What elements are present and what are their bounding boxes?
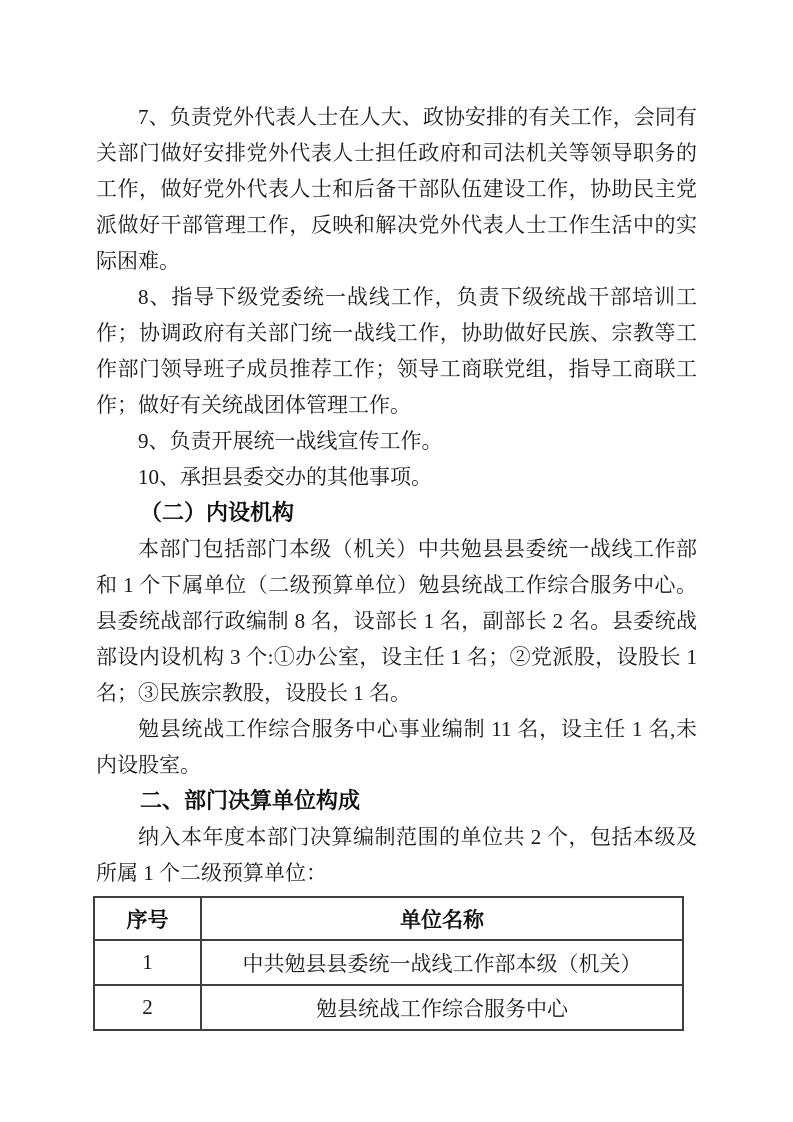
paragraph-internal-structure: 本部门包括部门本级（机关）中共勉县县委统一战线工作部和 1 个下属单位（二级预算… [96,531,697,711]
units-table: 序号 单位名称 1 中共勉县县委统一战线工作部本级（机关） 2 勉县统战工作综合… [93,896,684,1031]
paragraph-service-center-staffing: 勉县统战工作综合服务中心事业编制 11 名，设主任 1 名,未内设股室。 [96,711,697,783]
serial-cell: 1 [94,940,201,985]
units-table-header-row: 序号 单位名称 [94,897,683,940]
paragraph-duty-9: 9、负责开展统一战线宣传工作。 [96,423,697,459]
paragraph-duty-8: 8、指导下级党委统一战线工作，负责下级统战干部培训工作；协调政府有关部门统一战线… [96,279,697,423]
document-page: 7、负责党外代表人士在人大、政协安排的有关工作，会同有关部门做好安排党外代表人士… [0,0,793,1122]
units-table-row: 1 中共勉县县委统一战线工作部本级（机关） [94,940,683,985]
paragraph-duty-10: 10、承担县委交办的其他事项。 [96,459,697,495]
serial-cell: 2 [94,985,201,1030]
paragraph-units-intro: 纳入本年度本部门决算编制范围的单位共 2 个，包括本级及所属 1 个二级预算单位… [96,819,697,891]
section-heading-internal-structure: （二）内设机构 [96,495,697,531]
unit-name-cell: 勉县统战工作综合服务中心 [201,985,683,1030]
section-heading-unit-composition: 二、部门决算单位构成 [96,783,697,819]
units-table-header-unit-name: 单位名称 [201,897,683,940]
units-table-row: 2 勉县统战工作综合服务中心 [94,985,683,1030]
paragraph-duty-7: 7、负责党外代表人士在人大、政协安排的有关工作，会同有关部门做好安排党外代表人士… [96,99,697,279]
unit-name-cell: 中共勉县县委统一战线工作部本级（机关） [201,940,683,985]
units-table-header-serial: 序号 [94,897,201,940]
